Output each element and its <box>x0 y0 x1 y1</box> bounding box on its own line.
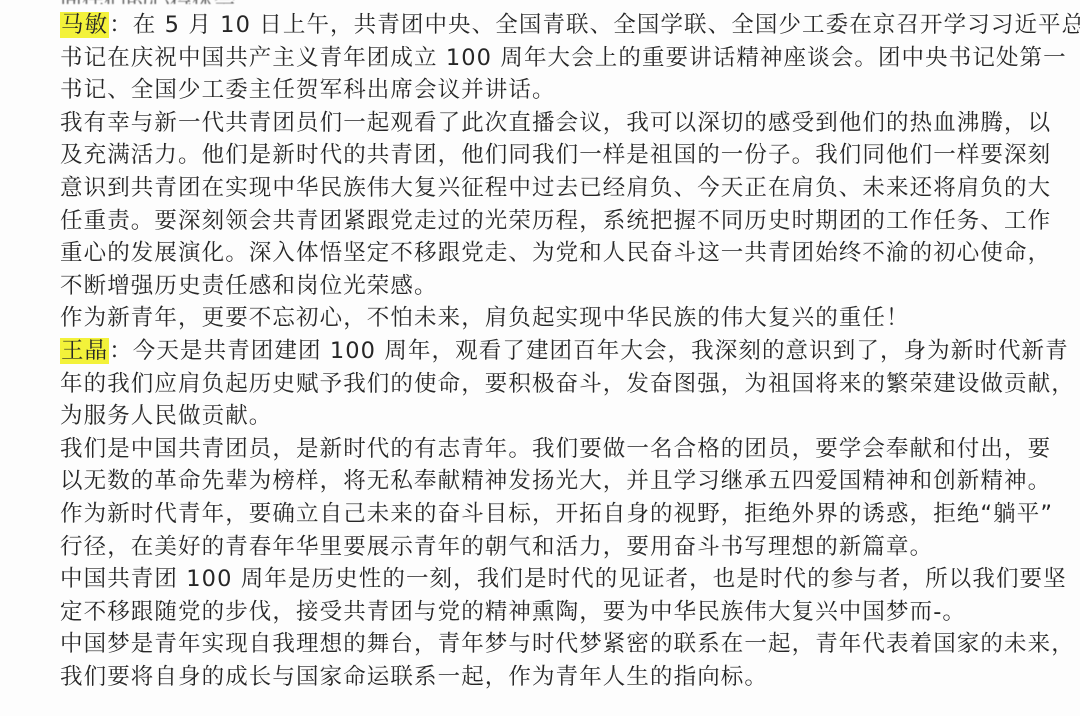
text-line: 马敏：在 5 月 10 日上午，共青团中央、全国青联、全国学联、全国少工委在京召… <box>60 9 1045 42</box>
text-line: 不断增强历史责任感和岗位光荣感。 <box>60 270 1045 303</box>
text-line: 王晶：今天是共青团建团 100 周年，观看了建团百年大会，我深刻的意识到了，身为… <box>60 335 1045 368</box>
text-line: 重心的发展演化。深入体悟坚定不移跟党走、为党和人民奋斗这一共青团始终不渝的初心使… <box>60 237 1045 270</box>
text-line: 及充满活力。他们是新时代的共青团，他们同我们一样是祖国的一份子。我们同他们一样要… <box>60 139 1045 172</box>
document-body: 马敏：在 5 月 10 日上午，共青团中央、全国青联、全国学联、全国少工委在京召… <box>60 9 1045 693</box>
cutoff-heading: 同伴们的心得体会 <box>60 0 360 4</box>
speaker-highlight: 王晶 <box>60 338 109 364</box>
text-line: 作为新时代青年，要确立自己未来的奋斗目标，开拓自身的视野，拒绝外界的诱惑，拒绝“… <box>60 498 1045 531</box>
text-line: 我有幸与新一代共青团员们一起观看了此次直播会议，我可以深切的感受到他们的热血沸腾… <box>60 107 1045 140</box>
text-line: 定不移跟随党的步伐，接受共青团与党的精神熏陶，要为中华民族伟大复兴中国梦而-。 <box>60 596 1045 629</box>
text-line: 行径，在美好的青春年华里要展示青年的朝气和活力，要用奋斗书写理想的新篇章。 <box>60 531 1045 564</box>
text-line: 作为新青年，更要不忘初心，不怕未来，肩负起实现中华民族的伟大复兴的重任！ <box>60 302 1045 335</box>
text-line: 以无数的革命先辈为榜样，将无私奉献精神发扬光大，并且学习继承五四爱国精神和创新精… <box>60 465 1045 498</box>
document-page: 同伴们的心得体会 马敏：在 5 月 10 日上午，共青团中央、全国青联、全国学联… <box>0 0 1080 716</box>
text-line: 书记、全国少工委主任贺军科出席会议并讲话。 <box>60 74 1045 107</box>
text-line: 中国共青团 100 周年是历史性的一刻，我们是时代的见证者，也是时代的参与者，所… <box>60 563 1045 596</box>
text-line: 任重责。要深刻领会共青团紧跟党走过的光荣历程，系统把握不同历史时期团的工作任务、… <box>60 205 1045 238</box>
text-line: 意识到共青团在实现中华民族伟大复兴征程中过去已经肩负、今天正在肩负、未来还将肩负… <box>60 172 1045 205</box>
text-line: 我们是中国共青团员，是新时代的有志青年。我们要做一名合格的团员，要学会奉献和付出… <box>60 433 1045 466</box>
text-line: 年的我们应肩负起历史赋予我们的使命，要积极奋斗，发奋图强，为祖国将来的繁荣建设做… <box>60 368 1045 401</box>
text-line: 我们要将自身的成长与国家命运联系一起，作为青年人生的指向标。 <box>60 661 1045 694</box>
speaker-highlight: 马敏 <box>60 12 109 38</box>
text-line: 为服务人民做贡献。 <box>60 400 1045 433</box>
text-line: 书记在庆祝中国共产主义青年团成立 100 周年大会上的重要讲话精神座谈会。团中央… <box>60 42 1045 75</box>
text-line: 中国梦是青年实现自我理想的舞台，青年梦与时代梦紧密的联系在一起，青年代表着国家的… <box>60 628 1045 661</box>
